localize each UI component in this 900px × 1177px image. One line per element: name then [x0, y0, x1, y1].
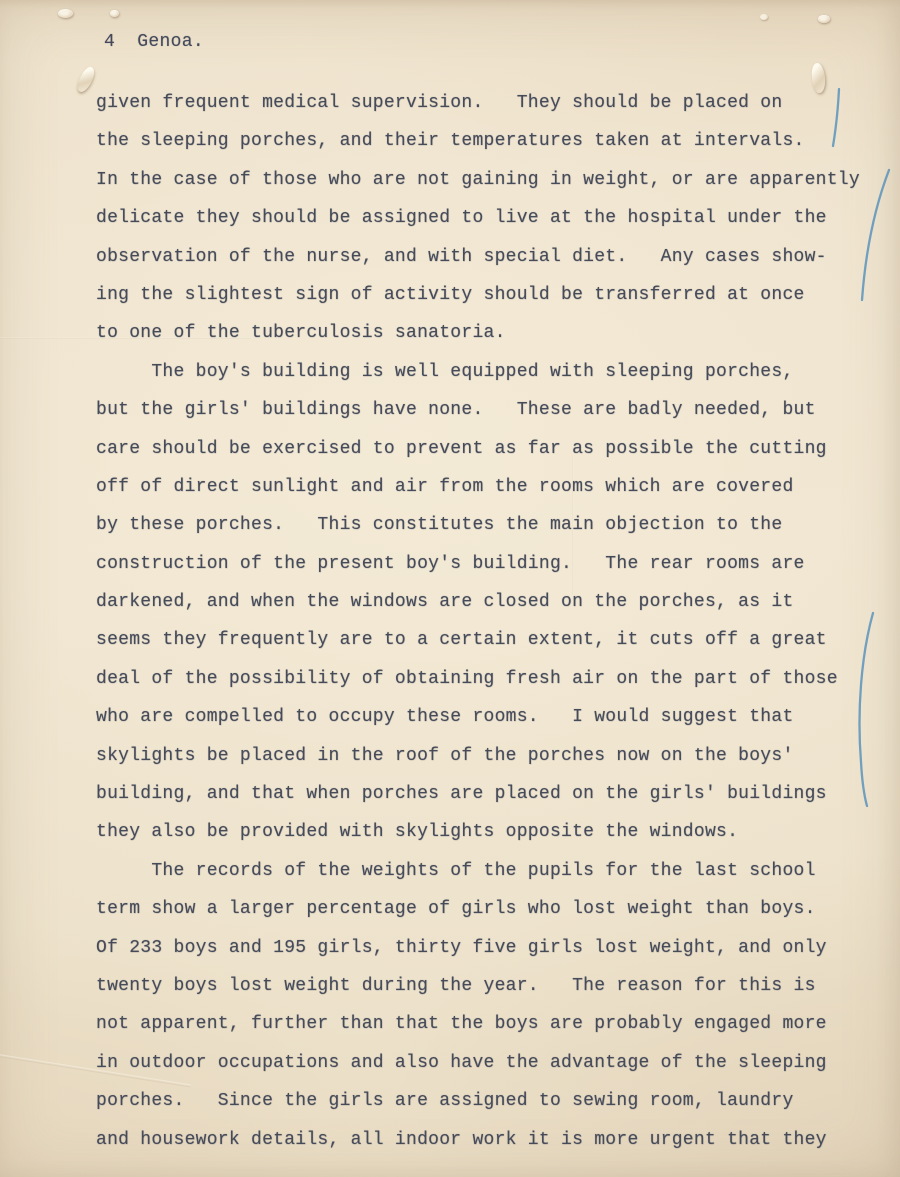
- paper-speck: [760, 14, 768, 20]
- typed-line: not apparent, further than that the boys…: [96, 1005, 886, 1043]
- typed-line: term show a larger percentage of girls w…: [96, 890, 886, 928]
- typed-line: porches. Since the girls are assigned to…: [96, 1082, 886, 1120]
- typed-line: to one of the tuberculosis sanatoria.: [96, 314, 886, 352]
- typed-body: given frequent medical supervision. They…: [96, 84, 886, 1159]
- typed-line: and housework details, all indoor work i…: [96, 1121, 886, 1159]
- typed-line: twenty boys lost weight during the year.…: [96, 967, 886, 1005]
- typed-line: delicate they should be assigned to live…: [96, 199, 886, 237]
- typed-line: in outdoor occupations and also have the…: [96, 1044, 886, 1082]
- paper-dent: [74, 65, 97, 94]
- typed-line: the sleeping porches, and their temperat…: [96, 122, 886, 160]
- typed-line: observation of the nurse, and with speci…: [96, 238, 886, 276]
- page-header: 4 Genoa.: [104, 30, 204, 54]
- typed-line: building, and that when porches are plac…: [96, 775, 886, 813]
- typed-line: construction of the present boy's buildi…: [96, 545, 886, 583]
- typed-line: by these porches. This constitutes the m…: [96, 506, 886, 544]
- typed-line: In the case of those who are not gaining…: [96, 161, 886, 199]
- typed-line: The records of the weights of the pupils…: [96, 852, 886, 890]
- typed-line: The boy's building is well equipped with…: [96, 353, 886, 391]
- typed-line: given frequent medical supervision. They…: [96, 84, 886, 122]
- staple-hole: [110, 10, 119, 17]
- scanned-typewritten-page: 4 Genoa. given frequent medical supervis…: [0, 0, 900, 1177]
- typed-line: off of direct sunlight and air from the …: [96, 468, 886, 506]
- typed-line: care should be exercised to prevent as f…: [96, 430, 886, 468]
- staple-hole: [58, 9, 73, 18]
- staple-hole: [818, 15, 830, 23]
- typed-line: who are compelled to occupy these rooms.…: [96, 698, 886, 736]
- typed-line: Of 233 boys and 195 girls, thirty five g…: [96, 929, 886, 967]
- typed-line: deal of the possibility of obtaining fre…: [96, 660, 886, 698]
- typed-line: darkened, and when the windows are close…: [96, 583, 886, 621]
- typed-line: seems they frequently are to a certain e…: [96, 621, 886, 659]
- typed-line: ing the slightest sign of activity shoul…: [96, 276, 886, 314]
- typed-line: skylights be placed in the roof of the p…: [96, 737, 886, 775]
- typed-line: they also be provided with skylights opp…: [96, 813, 886, 851]
- typed-line: but the girls' buildings have none. Thes…: [96, 391, 886, 429]
- paper-top-edge-shading: [0, 0, 900, 8]
